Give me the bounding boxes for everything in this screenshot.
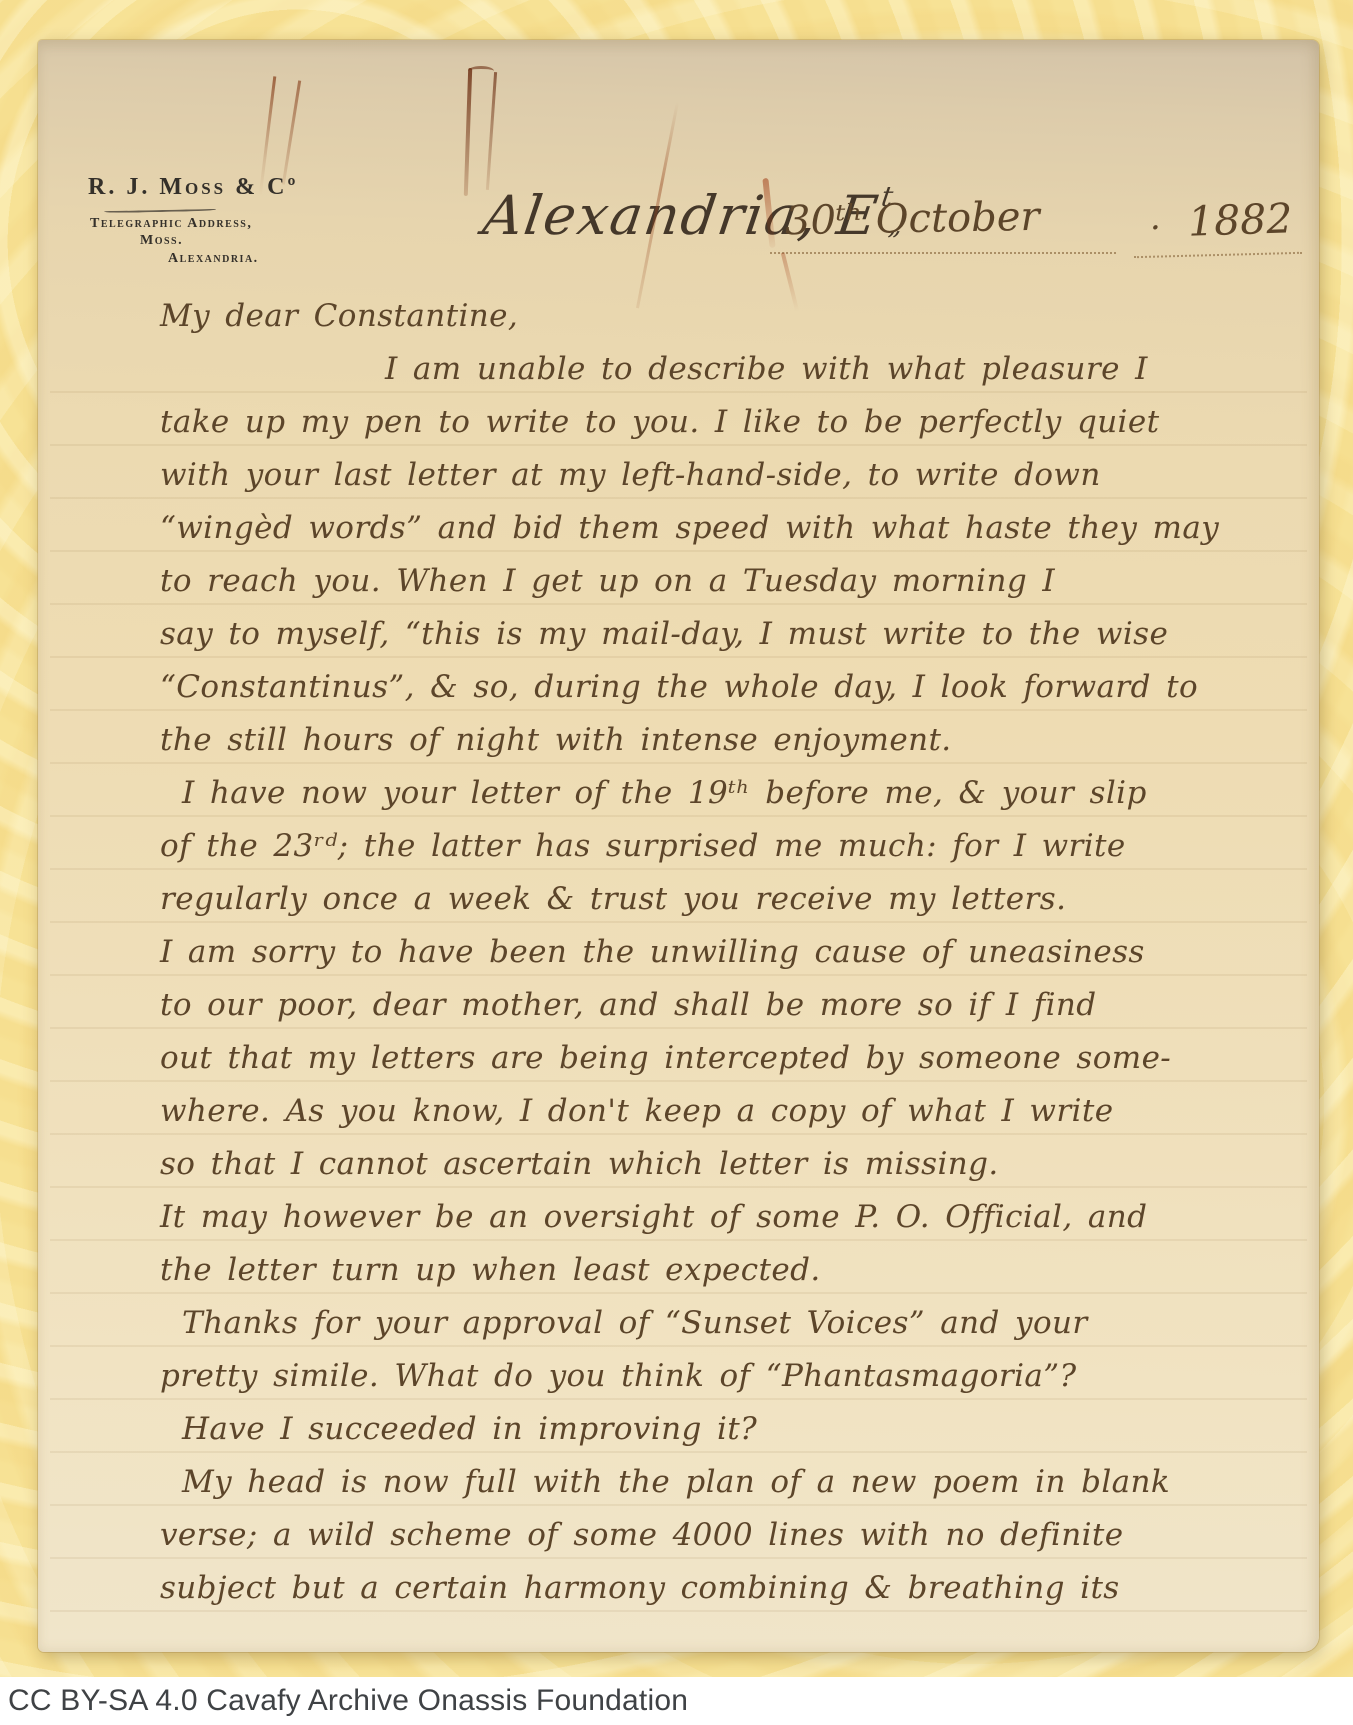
handwritten-day-month: 30ᵗʰ October <box>785 194 1040 244</box>
letter-line: the letter turn up when least expected. <box>38 1244 1297 1297</box>
letterhead-city: Alexandria. <box>168 251 259 267</box>
ink-stain-mark <box>486 72 497 190</box>
letterhead-telegraphic-address: Telegraphic Address, <box>90 216 252 232</box>
ink-stain-mark <box>464 68 472 196</box>
letter-line: to reach you. When I get up on a Tuesday… <box>38 555 1297 608</box>
letter-line: I have now your letter of the 19ᵗʰ befor… <box>38 767 1297 820</box>
ink-stain-mark <box>468 66 494 76</box>
letter-line: My head is now full with the plan of a n… <box>38 1456 1297 1509</box>
letter-line: Thanks for your approval of “Sunset Voic… <box>38 1297 1297 1350</box>
letter-line: to our poor, dear mother, and shall be m… <box>38 979 1297 1032</box>
letter-line: the still hours of night with intense en… <box>38 714 1297 767</box>
letter-paper: R. J. Moss & Cº Telegraphic Address, Mos… <box>38 40 1319 1652</box>
letter-line: pretty simile. What do you think of “Pha… <box>38 1350 1297 1403</box>
letterhead-telegraphic-name: Moss. <box>140 233 183 249</box>
handwritten-year: 1882 <box>1187 194 1293 246</box>
date-separator-dot: · <box>1150 208 1161 248</box>
letter-line: of the 23ʳᵈ; the latter has surprised me… <box>38 820 1297 873</box>
letter-line: so that I cannot ascertain which letter … <box>38 1138 1297 1191</box>
letter-line: Have I succeeded in improving it? <box>38 1403 1297 1456</box>
letterhead-underline <box>104 208 216 213</box>
letter-line: take up my pen to write to you. I like t… <box>38 396 1297 449</box>
letter-line: “Constantinus”, & so, during the whole d… <box>38 661 1297 714</box>
letterhead-company: R. J. Moss & Cº <box>88 174 348 201</box>
year-dotted-rule <box>1134 252 1302 258</box>
letter-line: say to myself, “this is my mail-day, I m… <box>38 608 1297 661</box>
scanned-letter-page: R. J. Moss & Cº Telegraphic Address, Mos… <box>0 0 1353 1725</box>
letter-line: My dear Constantine, <box>38 290 1297 343</box>
letter-line: It may however be an oversight of some P… <box>38 1191 1297 1244</box>
letter-body: My dear Constantine,I am unable to descr… <box>38 290 1319 1615</box>
letter-line: with your last letter at my left-hand-si… <box>38 449 1297 502</box>
ink-stain-mark <box>282 80 301 184</box>
letter-line: verse; a wild scheme of some 4000 lines … <box>38 1509 1297 1562</box>
letter-line: out that my letters are being intercepte… <box>38 1032 1297 1085</box>
letter-line: “wingèd words” and bid them speed with w… <box>38 502 1297 555</box>
letter-line: I am unable to describe with what pleasu… <box>38 343 1297 396</box>
date-dotted-rule <box>770 252 1116 254</box>
letter-line: where. As you know, I don't keep a copy … <box>38 1085 1297 1138</box>
letter-line: I am sorry to have been the unwilling ca… <box>38 926 1297 979</box>
license-caption-bar: CC BY-SA 4.0 Cavafy Archive Onassis Foun… <box>0 1677 1353 1725</box>
letter-line: regularly once a week & trust you receiv… <box>38 873 1297 926</box>
license-caption: CC BY-SA 4.0 Cavafy Archive Onassis Foun… <box>0 1684 688 1718</box>
letter-line: subject but a certain harmony combining … <box>38 1562 1297 1615</box>
